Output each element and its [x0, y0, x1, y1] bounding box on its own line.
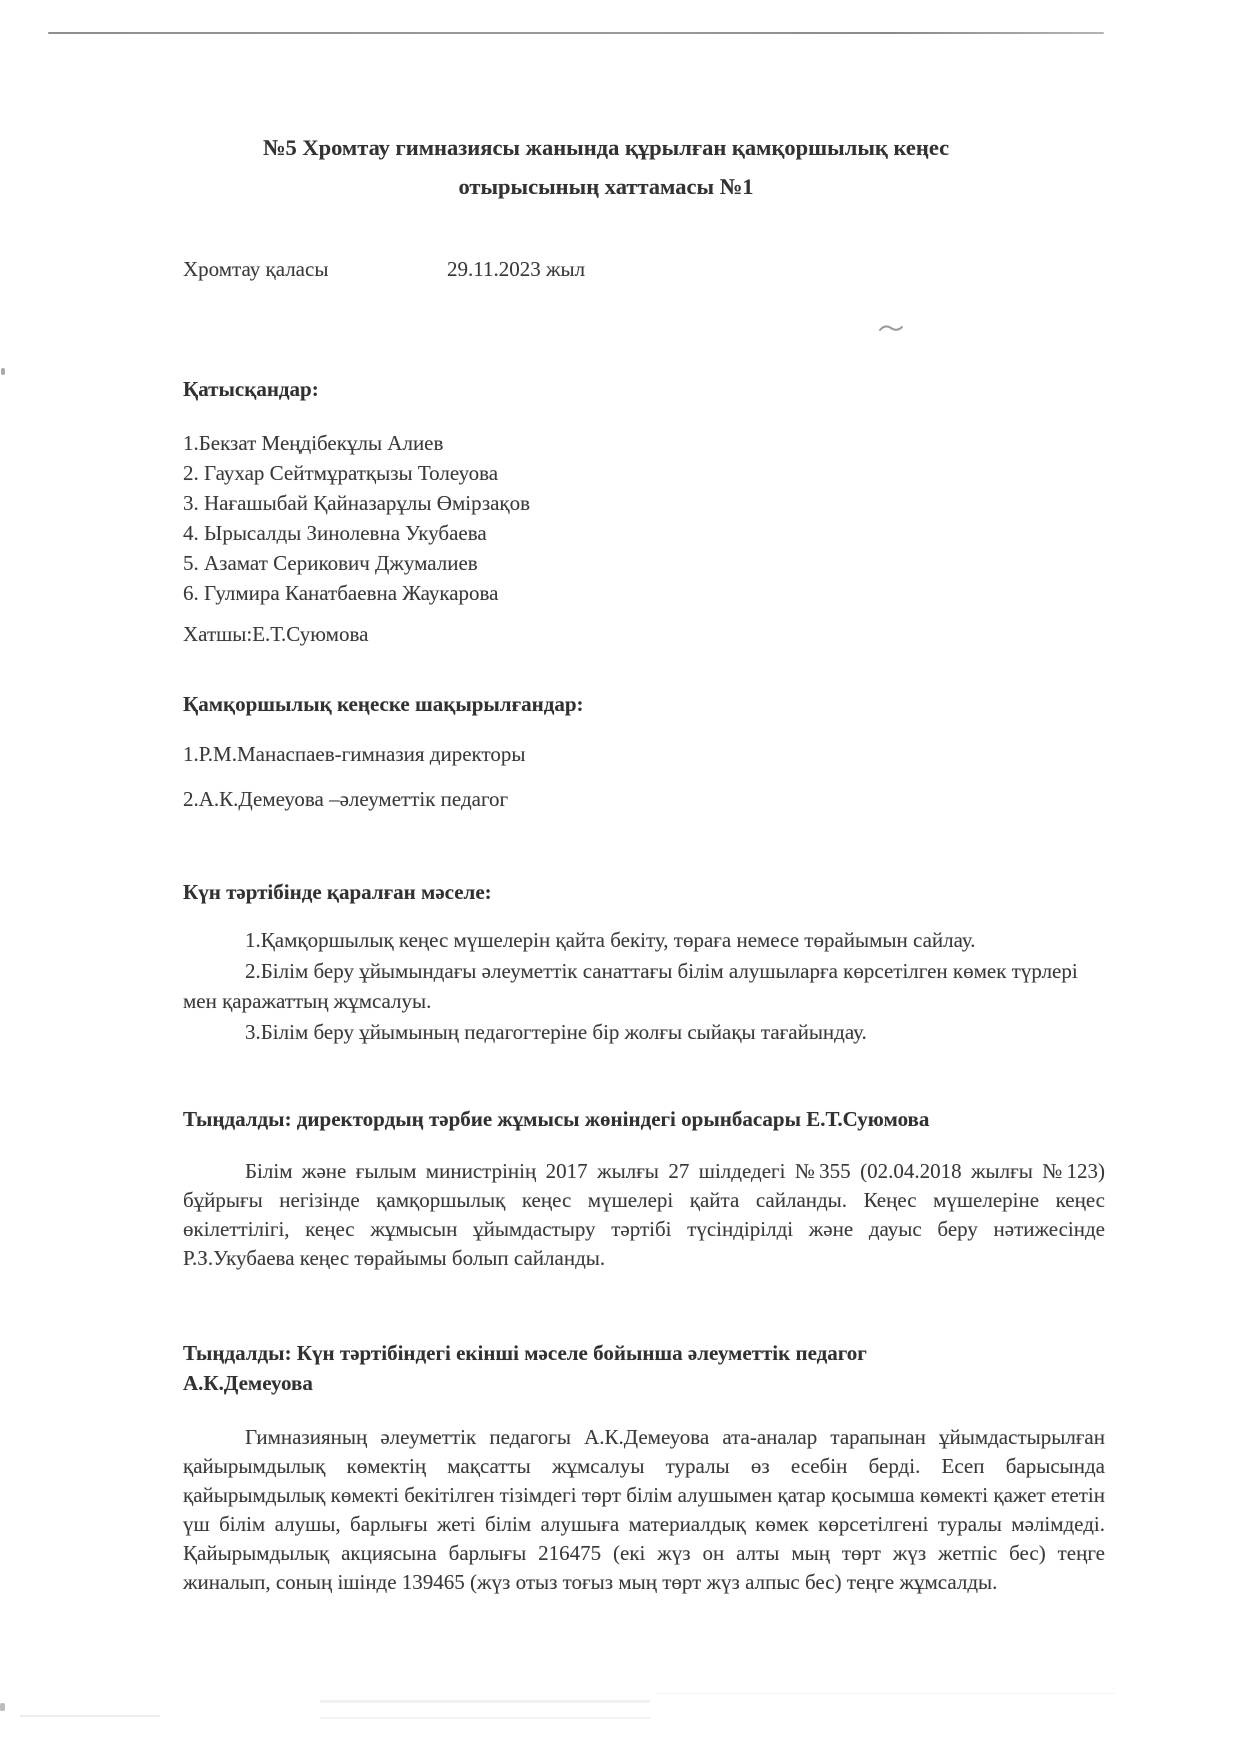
document-title-line2: отырысының хаттамасы №1 [145, 167, 1067, 206]
invited-list: 1.Р.М.Манаспаев-гимназия директоры 2.А.К… [183, 740, 1105, 814]
heard-section-2-body: Гимназияның әлеуметтік педагогы А.К.Деме… [183, 1423, 1105, 1597]
participants-list: 1.Бекзат Меңдібекұлы Алиев 2. Гаухар Сей… [183, 428, 1105, 608]
heard-section-1-heading: Тыңдалды: директордың тәрбие жұмысы жөні… [183, 1105, 1105, 1134]
list-item: 5. Азамат Серикович Джумалиев [183, 548, 1105, 578]
invited-heading: Қамқоршылық кеңеске шақырылғандар: [183, 690, 1105, 719]
list-item: 1.Р.М.Манаспаев-гимназия директоры [183, 740, 1105, 769]
document-title: №5 Хромтау гимназиясы жанында құрылған қ… [145, 128, 1067, 206]
scan-artifact [20, 1715, 160, 1717]
scan-artifact [320, 1700, 650, 1703]
place-date-row: Хромтау қаласы29.11.2023 жыл [183, 255, 1105, 284]
list-item: 4. Ырысалды Зинолевна Укубаева [183, 518, 1105, 548]
scanned-document-page: №5 Хромтау гимназиясы жанында құрылған қ… [0, 0, 1240, 1755]
list-item: 2. Гаухар Сейтмұратқызы Толеуова [183, 458, 1105, 488]
scan-artifact [1, 368, 5, 375]
list-item: 2.Білім беру ұйымындағы әлеуметтік санат… [183, 956, 1105, 1017]
heard-section-2-heading-line2: А.К.Демеуова [183, 1368, 1105, 1398]
heard-section-2-heading: Тыңдалды: Күн тәртібіндегі екінші мәселе… [183, 1338, 1105, 1398]
agenda-list: 1.Қамқоршылық кеңес мүшелерін қайта бекі… [183, 925, 1105, 1047]
scan-artifact [0, 1703, 5, 1711]
list-item: 1.Бекзат Меңдібекұлы Алиев [183, 428, 1105, 458]
secretary-line: Хатшы:Е.Т.Суюмова [183, 620, 1105, 649]
agenda-heading: Күн тәртібінде қаралған мәселе: [183, 878, 1105, 907]
heard-section-1-body: Білім және ғылым министрінің 2017 жылғы … [183, 1157, 1105, 1273]
document-title-line1: №5 Хромтау гимназиясы жанында құрылған қ… [145, 128, 1067, 167]
place-label: Хромтау қаласы [183, 255, 447, 284]
list-item: 2.А.К.Демеуова –әлеуметтік педагог [183, 785, 1105, 814]
list-item: 1.Қамқоршылық кеңес мүшелерін қайта бекі… [183, 925, 1105, 956]
list-item: 6. Гулмира Канатбаевна Жаукарова [183, 578, 1105, 608]
scan-artifact [655, 1693, 1115, 1694]
list-item: 3. Нағашыбай Қайназарұлы Өмірзақов [183, 488, 1105, 518]
pen-squiggle-artifact [878, 322, 904, 334]
heard-section-2-heading-line1: Тыңдалды: Күн тәртібіндегі екінші мәселе… [183, 1338, 1105, 1368]
date-label: 29.11.2023 жыл [447, 257, 585, 281]
scan-artifact [320, 1717, 650, 1719]
document-content: №5 Хромтау гимназиясы жанында құрылған қ… [183, 0, 1105, 1597]
participants-heading: Қатысқандар: [183, 375, 1105, 404]
list-item: 3.Білім беру ұйымының педагогтеріне бір … [183, 1017, 1105, 1048]
